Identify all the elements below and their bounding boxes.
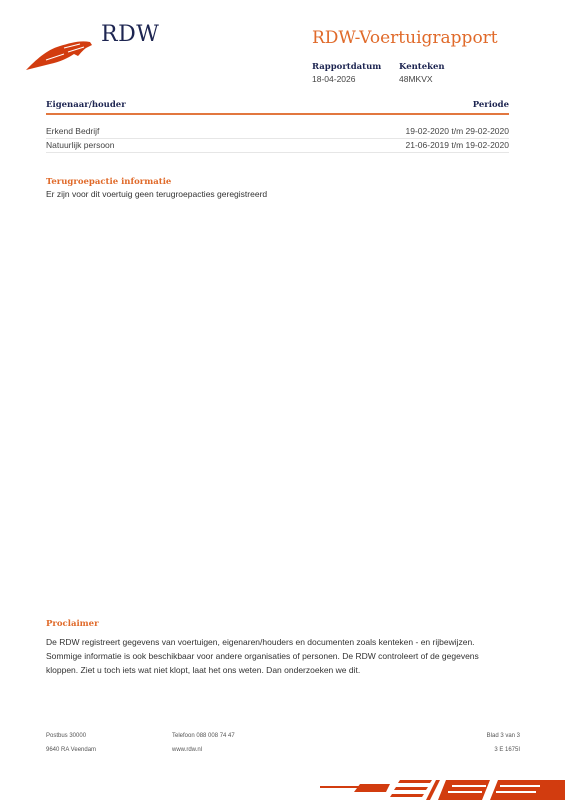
footer-address-line-1: Postbus 30000 (46, 733, 86, 739)
owner-cell: Erkend Bedrijf (46, 126, 99, 136)
table-header-divider (46, 113, 509, 115)
recall-text: Er zijn voor dit voertuig geen terugroep… (46, 188, 267, 201)
rdw-logo-text: RDW (101, 22, 159, 47)
report-date-label: Rapportdatum (312, 62, 381, 72)
table-row: Erkend Bedrijf 19-02-2020 t/m 29-02-2020 (46, 124, 509, 139)
period-cell: 19-02-2020 t/m 29-02-2020 (406, 126, 510, 136)
rdw-feather-logo-icon (24, 34, 94, 74)
footer-document-code: 3 E 1675I (494, 747, 520, 753)
footer-website-link[interactable]: www.rdw.nl (172, 747, 202, 753)
plate-value: 48MKVX (399, 74, 433, 84)
report-date-value: 18-04-2026 (312, 74, 355, 84)
disclaimer-line: De RDW registreert gegevens van voertuig… (46, 636, 475, 649)
owner-column-header: Eigenaar/houder (46, 100, 126, 110)
plate-label: Kenteken (399, 62, 445, 72)
footer-address-line-2: 9640 RA Veendam (46, 747, 96, 753)
disclaimer-title: Proclaimer (46, 619, 99, 629)
footer-page-number: Blad 3 van 3 (487, 733, 520, 739)
period-column-header: Periode (473, 100, 509, 110)
disclaimer-line: Sommige informatie is ook beschikbaar vo… (46, 650, 479, 663)
owner-cell: Natuurlijk persoon (46, 140, 115, 150)
recall-section-title: Terugroepactie informatie (46, 177, 171, 187)
period-cell: 21-06-2019 t/m 19-02-2020 (406, 140, 510, 150)
disclaimer-line: kloppen. Ziet u toch iets wat niet klopt… (46, 664, 360, 677)
report-title: RDW-Voertuigrapport (312, 28, 498, 48)
rdw-stripes-decoration-icon (320, 776, 565, 800)
footer-phone: Telefoon 088 008 74 47 (172, 733, 235, 739)
table-row: Natuurlijk persoon 21-06-2019 t/m 19-02-… (46, 138, 509, 153)
